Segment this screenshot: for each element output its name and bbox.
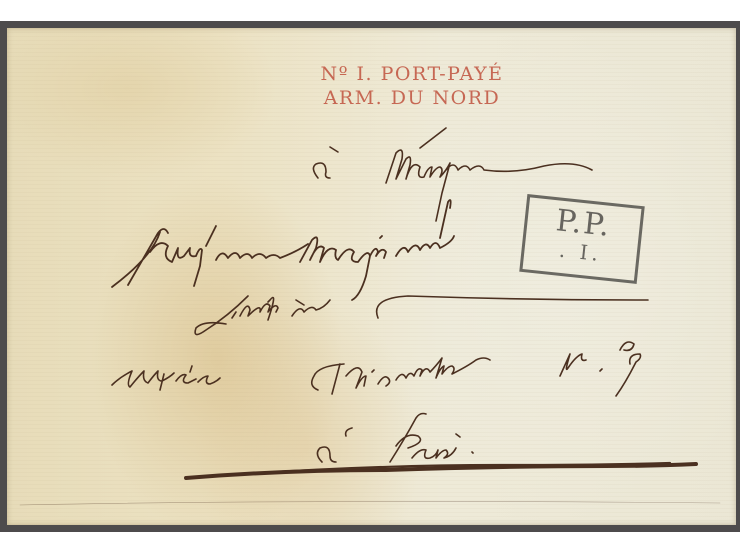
handwriting-ink (0, 0, 740, 557)
